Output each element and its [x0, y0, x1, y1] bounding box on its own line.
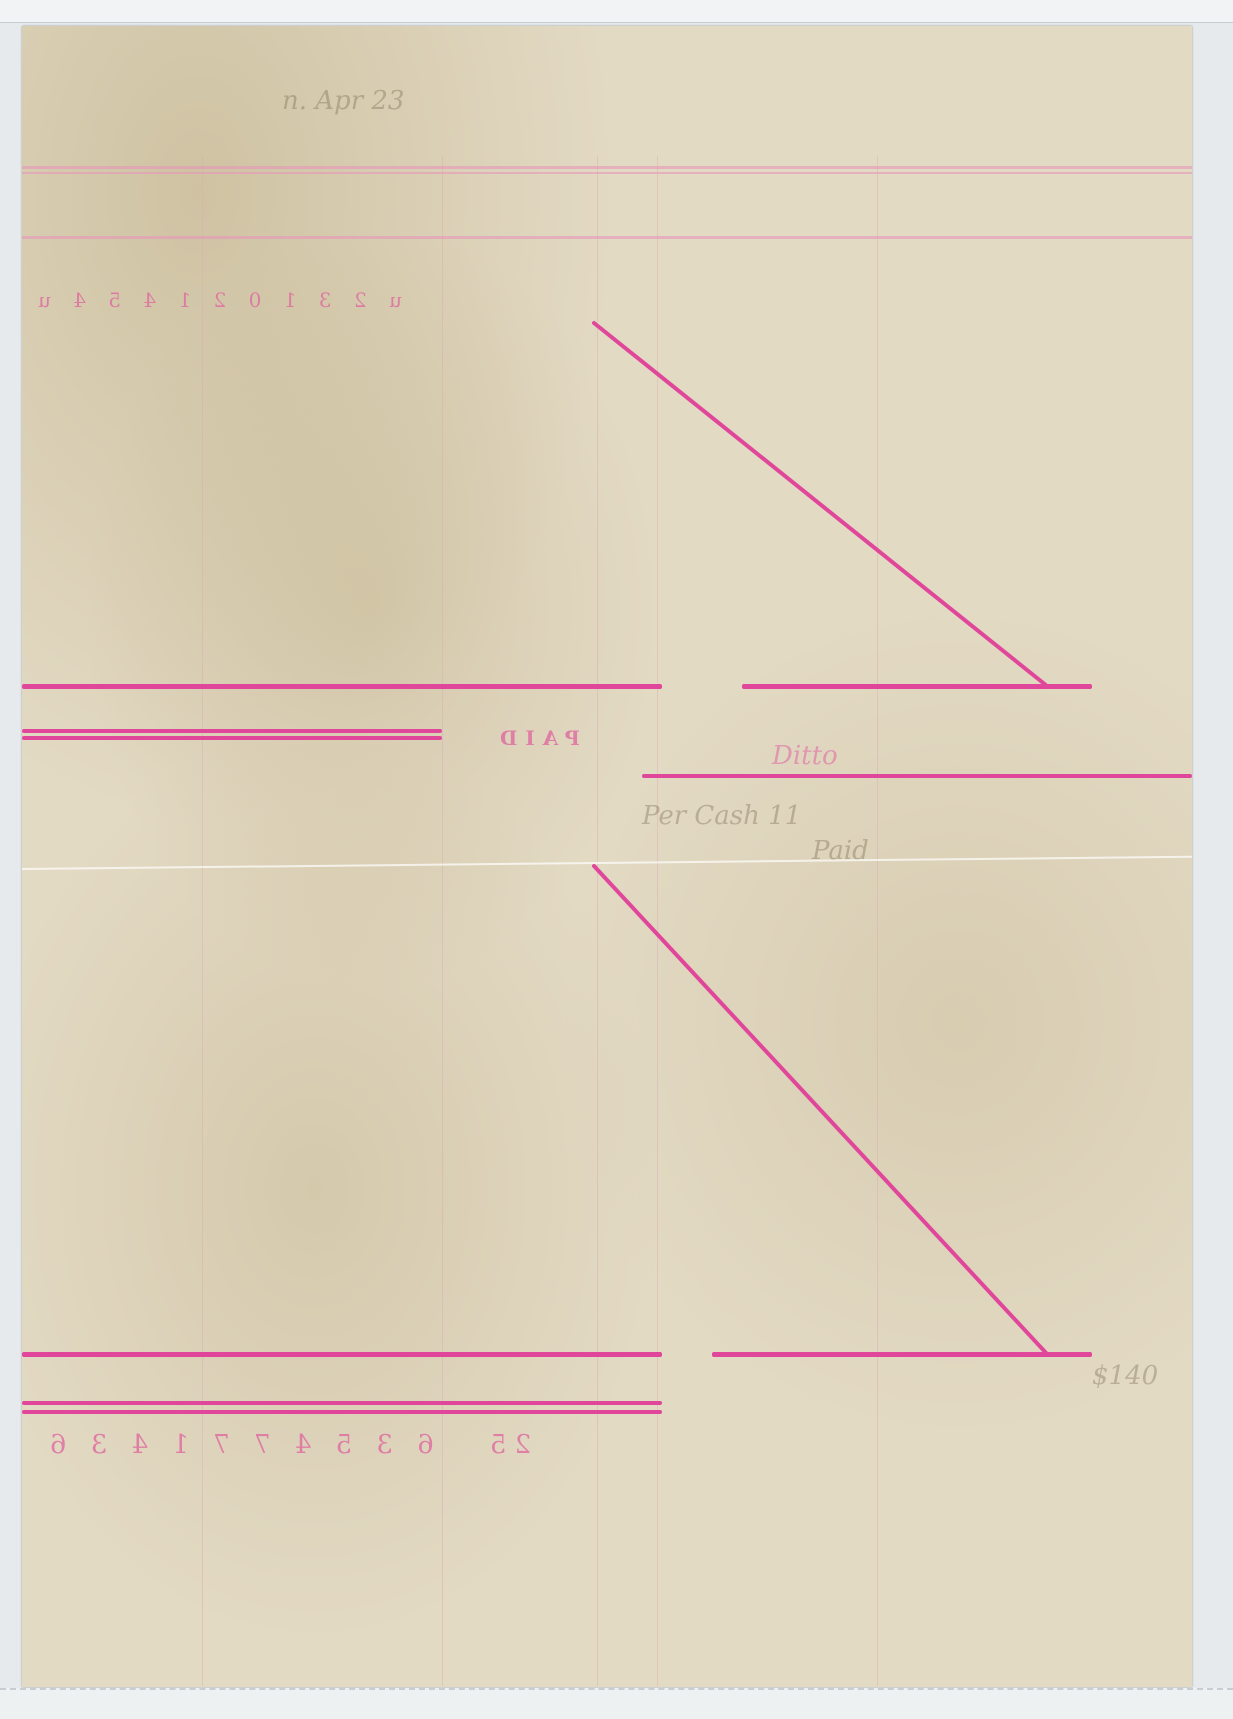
scanner-sleeve-top [0, 0, 1233, 23]
scanner-sleeve-bottom [0, 1688, 1233, 1719]
diagonal-cancel-strokes [22, 26, 1192, 1687]
ledger-page: n. Apr 23 u 2 3 1 0 2 1 4 5 4 u PAID Dit… [22, 26, 1192, 1687]
